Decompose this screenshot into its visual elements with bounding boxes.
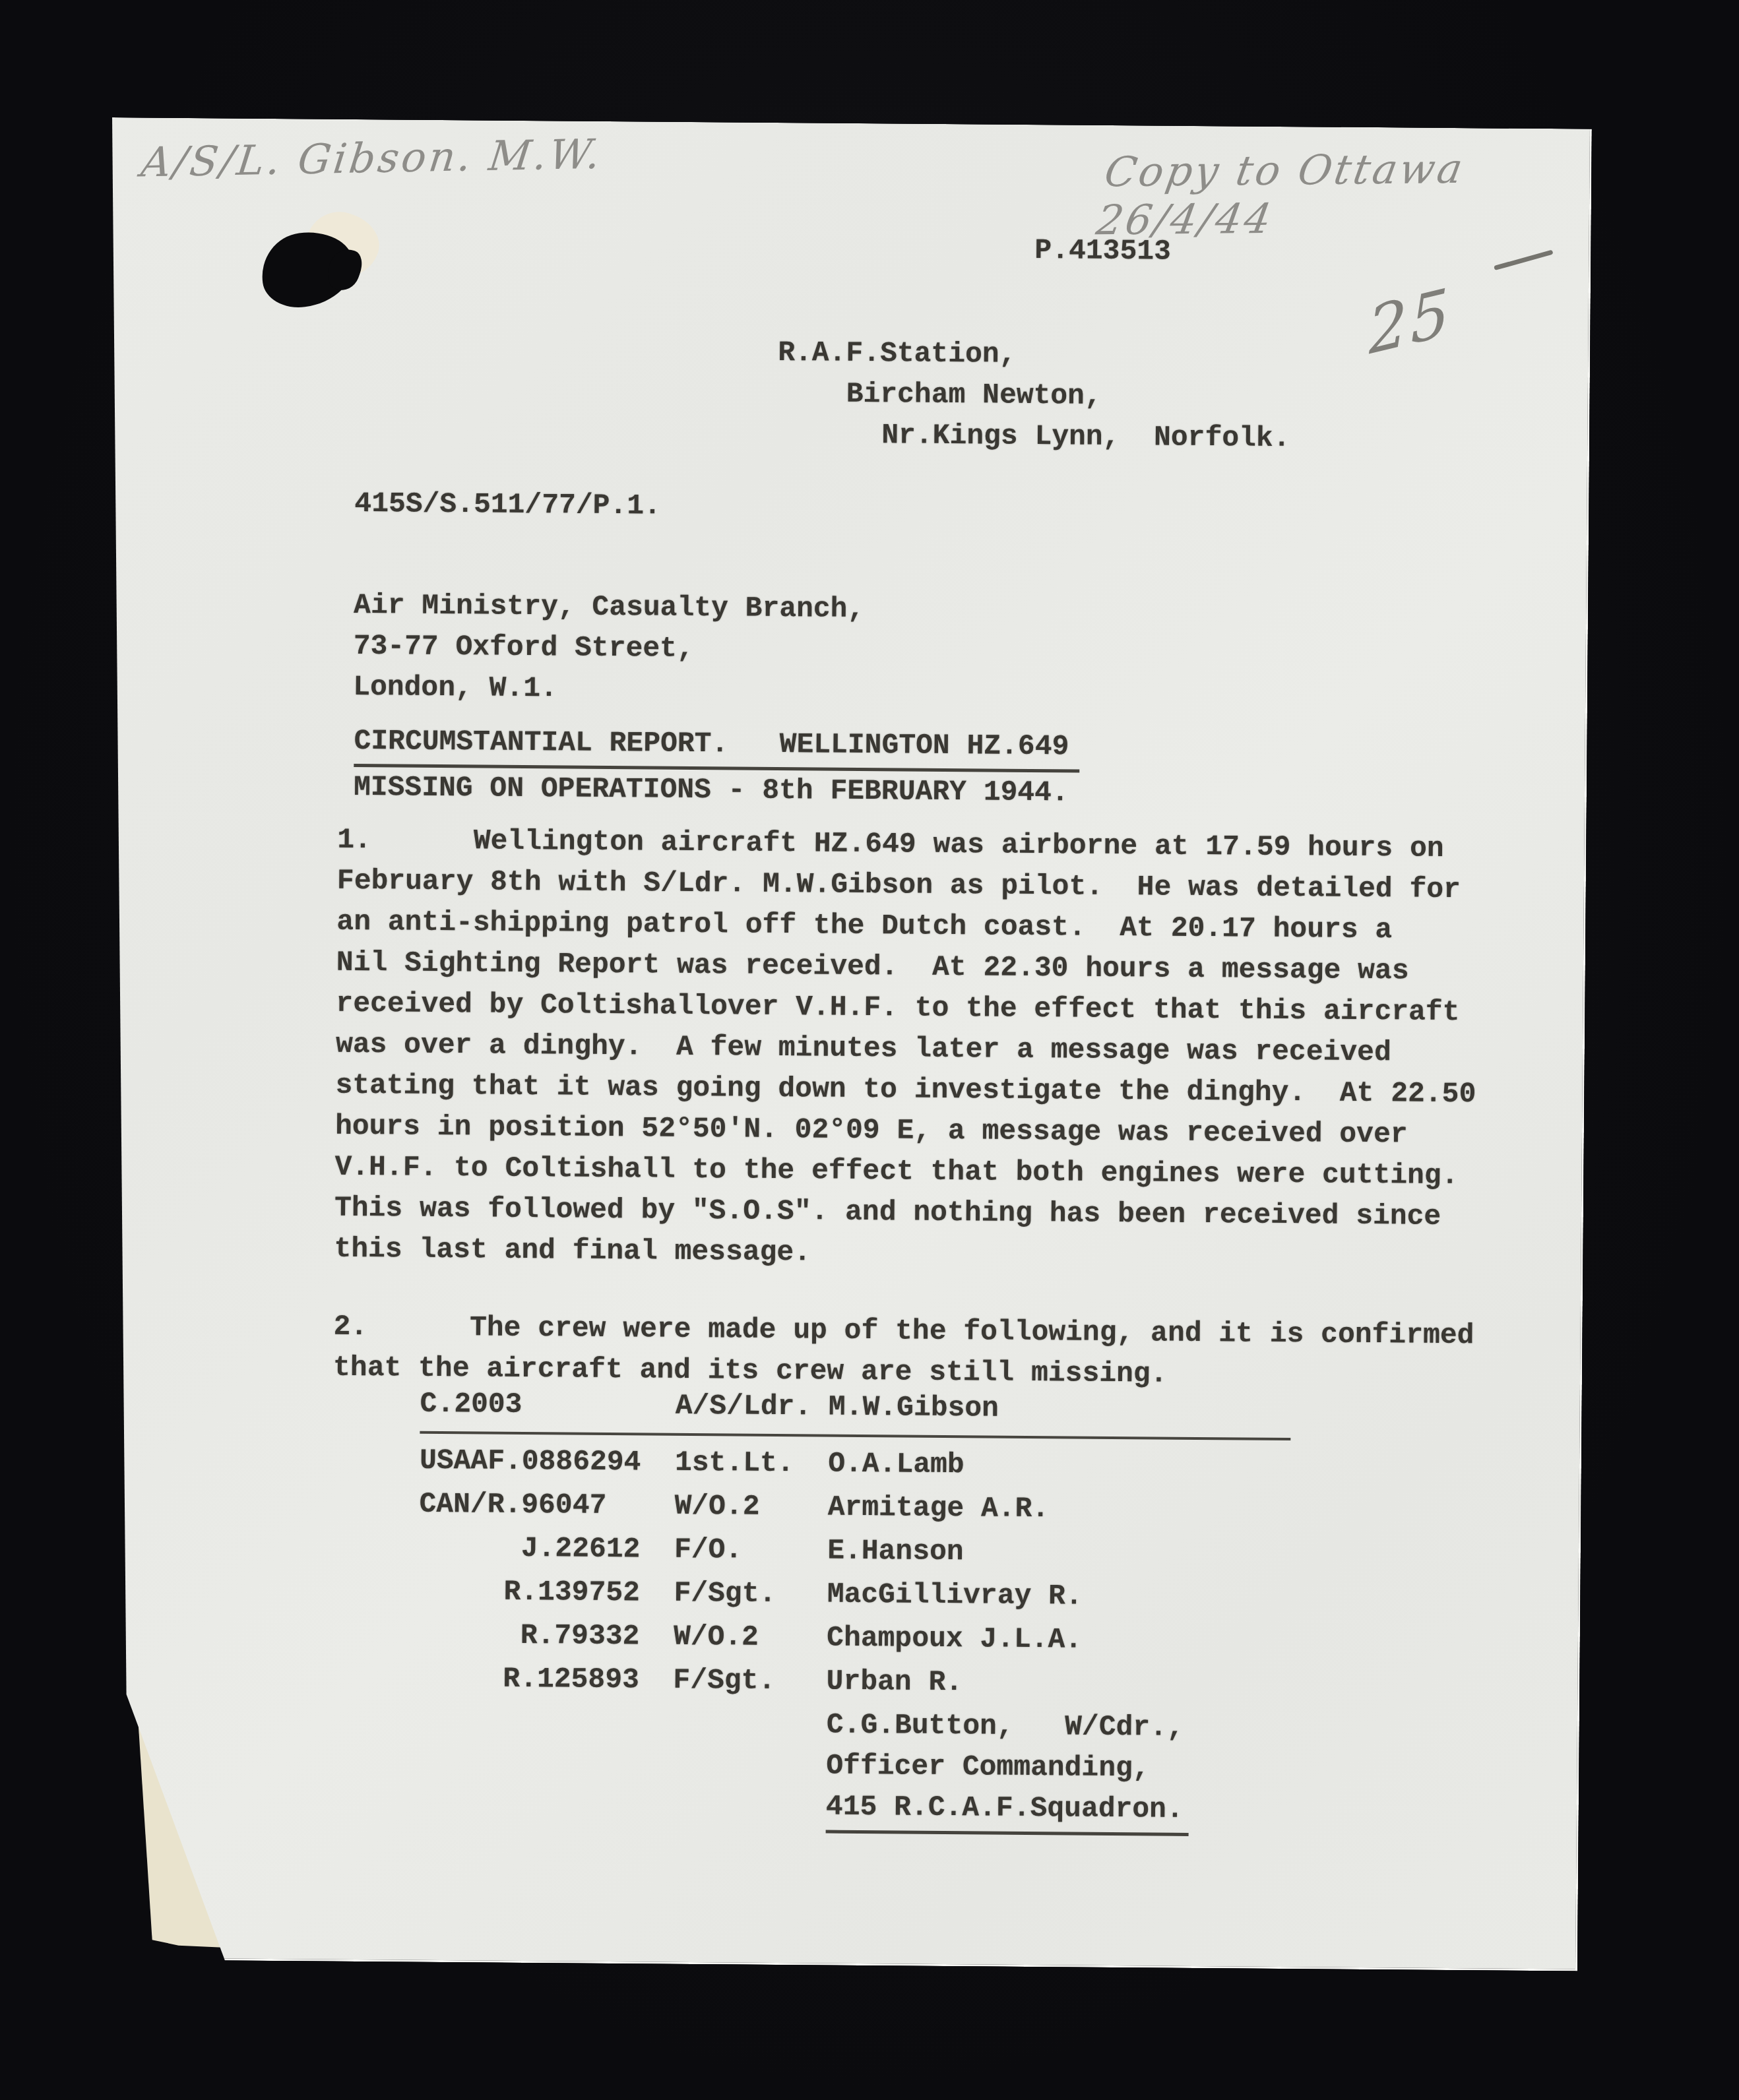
crew-service-number: USAAF.0886294	[420, 1440, 641, 1483]
crew-name: MacGillivray R.	[827, 1578, 1083, 1613]
file-reference: P.413513	[1034, 230, 1171, 272]
scan-background: A/S/L. Gibson. M.W. Copy to Ottawa 26/4/…	[0, 0, 1739, 2100]
crew-name: O.A.Lamb	[828, 1448, 964, 1481]
letterhead-station: R.A.F.Station,	[778, 332, 1291, 377]
crew-row: J.22612F/O.E.Hanson	[419, 1528, 1290, 1578]
crew-row: CAN/R.96047W/O.2Armitage A.R.	[419, 1484, 1290, 1534]
crew-row: USAAF.08862941st.Lt.O.A.Lamb	[420, 1440, 1290, 1491]
paragraph-1: 1. Wellington aircraft HZ.649 was airbor…	[334, 820, 1478, 1279]
crew-name: Champoux J.L.A.	[827, 1622, 1082, 1656]
signature-block: C.G.Button, W/Cdr., Officer Commanding, …	[826, 1705, 1189, 1836]
crew-service-number: R.139752	[418, 1571, 640, 1614]
pencil-annotation-copy-to-ottawa: Copy to Ottawa 26/4/44	[1093, 143, 1597, 244]
letterhead-location: Bircham Newton,	[846, 374, 1290, 418]
crew-service-number: C.2003	[420, 1384, 641, 1427]
crew-service-number: R.125893	[418, 1658, 639, 1701]
pencil-page-number: 25	[1368, 274, 1453, 369]
crew-name: Armitage A.R.	[828, 1491, 1050, 1526]
crew-row: C.2003A/S/Ldr.M.W.Gibson	[420, 1384, 1291, 1440]
crew-table: C.2003A/S/Ldr.M.W.GibsonUSAAF.08862941st…	[418, 1384, 1291, 1708]
recipient-line: Air Ministry, Casualty Branch,	[354, 585, 865, 630]
signatory-squadron: 415 R.C.A.F.Squadron.	[826, 1787, 1189, 1836]
subject-line-1: CIRCUMSTANTIAL REPORT. WELLINGTON HZ.649	[354, 721, 1079, 773]
crew-name: Urban R.	[827, 1665, 963, 1699]
pencil-dash-mark	[1494, 250, 1554, 270]
crew-service-number: CAN/R.96047	[419, 1484, 641, 1527]
pencil-annotation-name: A/S/L. Gibson. M.W.	[139, 130, 606, 187]
crew-rank: 1st.Lt.	[675, 1442, 829, 1485]
signatory-title: Officer Commanding,	[826, 1746, 1189, 1789]
crew-name: M.W.Gibson	[829, 1391, 999, 1425]
crew-rank: W/O.2	[674, 1617, 827, 1659]
crew-rank: A/S/Ldr.	[675, 1386, 829, 1428]
recipient-line: London, W.1.	[353, 667, 864, 712]
crew-service-number: J.22612	[419, 1528, 641, 1570]
recipient-address: Air Ministry, Casualty Branch, 73-77 Oxf…	[353, 585, 865, 712]
paragraph-2: 2. The crew were made up of the followin…	[333, 1307, 1474, 1398]
reference-number: 415S/S.511/77/P.1.	[354, 483, 661, 527]
letterhead-county: Nr.Kings Lynn, Norfolk.	[881, 415, 1290, 459]
crew-rank: W/O.2	[674, 1486, 828, 1528]
document-page: A/S/L. Gibson. M.W. Copy to Ottawa 26/4/…	[98, 117, 1592, 1971]
subject-heading: CIRCUMSTANTIAL REPORT. WELLINGTON HZ.649…	[354, 721, 1080, 814]
subject-line-2: MISSING ON OPERATIONS - 8th FEBRUARY 194…	[354, 767, 1079, 814]
crew-service-number: R.79332	[418, 1615, 640, 1657]
crew-rank: F/O.	[674, 1529, 828, 1572]
recipient-line: 73-77 Oxford Street,	[353, 626, 864, 671]
crew-row: R.125893F/Sgt.Urban R.	[418, 1658, 1288, 1708]
crew-row: R.139752F/Sgt.MacGillivray R.	[418, 1571, 1289, 1621]
crew-rank: F/Sgt.	[673, 1660, 827, 1702]
crew-name: E.Hanson	[827, 1535, 964, 1568]
crew-rank: F/Sgt.	[674, 1573, 827, 1615]
signatory-name: C.G.Button, W/Cdr.,	[827, 1705, 1189, 1748]
letterhead: R.A.F.Station, Bircham Newton, Nr.Kings …	[777, 332, 1291, 459]
crew-row: R.79332W/O.2Champoux J.L.A.	[418, 1615, 1289, 1665]
